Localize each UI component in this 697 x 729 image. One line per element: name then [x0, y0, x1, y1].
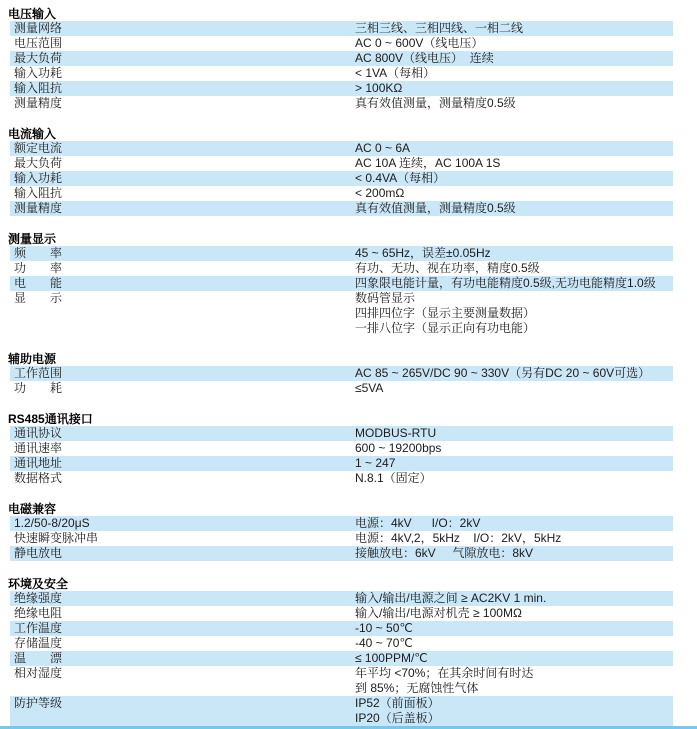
spec-value: 有功、无功、视在功率，精度0.5级 [355, 261, 673, 276]
spec-value-line: 电源：4kV I/O：2kV [355, 516, 673, 531]
section-rs485: RS485通讯接口 通讯协议 MODBUS-RTU 通讯速率 600 ~ 192… [0, 412, 697, 486]
spec-value: 输入/输出/电源对机壳 ≥ 100MΩ [355, 606, 673, 621]
spec-label: 通讯地址 [14, 456, 355, 471]
spec-label: 防护等级 [14, 696, 355, 711]
spec-value: MODBUS-RTU [355, 426, 673, 441]
spec-value-line: 到 85%；无腐蚀性气体 [355, 681, 673, 696]
spec-row: 输入阻抗 < 200mΩ [10, 186, 673, 201]
spec-label: 最大负荷 [14, 51, 355, 66]
spec-value-line: 年平均 <70%；在其余时间有时达 [355, 666, 673, 681]
spec-value-line: AC 0 ~ 600V（线电压） [355, 36, 673, 51]
spec-row: 防护等级 IP52（前面板） IP20（后盖板） [10, 696, 673, 726]
section-current-input: 电流输入 额定电流 AC 0 ~ 6A 最大负荷 AC 10A 连续，AC 10… [0, 127, 697, 216]
section-title: 环境及安全 [0, 577, 697, 591]
spec-label: 存储温度 [14, 636, 355, 651]
spec-row: 测量精度 真有效值测量，测量精度0.5级 [10, 96, 673, 111]
spec-row: 通讯地址 1 ~ 247 [10, 456, 673, 471]
section-title: 测量显示 [0, 232, 697, 246]
section-title: RS485通讯接口 [0, 412, 697, 426]
spec-label: 显 示 [14, 291, 355, 306]
spec-value: -10 ~ 50℃ [355, 621, 673, 636]
spec-value-line: 一排八位字（显示正向有功电能） [355, 321, 673, 336]
spec-row: 测量网络 三相三线、三相四线、一相二线 [10, 21, 673, 36]
spec-row: 最大负荷 AC 800V（线电压） 连续 [10, 51, 673, 66]
spec-value-line: ≤5VA [355, 381, 673, 396]
spec-row: 工作温度 -10 ~ 50℃ [10, 621, 673, 636]
section-environment-safety: 环境及安全 绝缘强度 输入/输出/电源之间 ≥ AC2KV 1 min. 绝缘电… [0, 577, 697, 726]
spec-label: 快速瞬变脉冲串 [14, 531, 355, 546]
spec-value-line: 三相三线、三相四线、一相二线 [355, 21, 673, 36]
spec-row: 工作范围 AC 85 ~ 265V/DC 90 ~ 330V（另有DC 20 ~… [10, 366, 673, 381]
spec-value-line: 四象限电能计量，有功电能精度0.5级,无功电能精度1.0级 [355, 276, 673, 291]
spec-label: 工作范围 [14, 366, 355, 381]
spec-value-line: 真有效值测量，测量精度0.5级 [355, 201, 673, 216]
spec-label: 电压范围 [14, 36, 355, 51]
spec-value-line: ≤ 100PPM/℃ [355, 651, 673, 666]
spec-row: 额定电流 AC 0 ~ 6A [10, 141, 673, 156]
spec-value: AC 0 ~ 6A [355, 141, 673, 156]
spec-value-line: 有功、无功、视在功率，精度0.5级 [355, 261, 673, 276]
spec-value-line: IP20（后盖板） [355, 711, 673, 726]
spec-row: 显 示 数码管显示 四排四位字（显示主要测量数据） 一排八位字（显示正向有功电能… [10, 291, 673, 336]
spec-value: < 1VA（每相） [355, 66, 673, 81]
spec-label: 绝缘强度 [14, 591, 355, 606]
section-emc: 电磁兼容 1.2/50-8/20μS 电源：4kV I/O：2kV 快速瞬变脉冲… [0, 502, 697, 561]
spec-row: 存储温度 -40 ~ 70℃ [10, 636, 673, 651]
spec-value: AC 800V（线电压） 连续 [355, 51, 673, 66]
spec-label: 输入阻抗 [14, 186, 355, 201]
spec-value: 真有效值测量，测量精度0.5级 [355, 96, 673, 111]
section-title: 电流输入 [0, 127, 697, 141]
spec-value-line: N.8.1（固定） [355, 471, 673, 486]
spec-label: 相对湿度 [14, 666, 355, 681]
spec-value-line: MODBUS-RTU [355, 426, 673, 441]
spec-row: 最大负荷 AC 10A 连续，AC 100A 1S [10, 156, 673, 171]
spec-row: 频 率 45 ~ 65Hz，误差±0.05Hz [10, 246, 673, 261]
spec-value: IP52（前面板） IP20（后盖板） [355, 696, 673, 726]
spec-value: 三相三线、三相四线、一相二线 [355, 21, 673, 36]
section-voltage-input: 电压输入 测量网络 三相三线、三相四线、一相二线 电压范围 AC 0 ~ 600… [0, 7, 697, 111]
spec-label: 通讯速率 [14, 441, 355, 456]
spec-value-line: AC 10A 连续，AC 100A 1S [355, 156, 673, 171]
spec-label: 功 耗 [14, 381, 355, 396]
spec-label: 1.2/50-8/20μS [14, 516, 355, 531]
spec-label: 通讯协议 [14, 426, 355, 441]
spec-label: 输入功耗 [14, 171, 355, 186]
spec-value: 电源：4kV I/O：2kV [355, 516, 673, 531]
spec-row: 测量精度 真有效值测量，测量精度0.5级 [10, 201, 673, 216]
spec-row: 1.2/50-8/20μS 电源：4kV I/O：2kV [10, 516, 673, 531]
spec-row: 电 能 四象限电能计量，有功电能精度0.5级,无功电能精度1.0级 [10, 276, 673, 291]
spec-value: 真有效值测量，测量精度0.5级 [355, 201, 673, 216]
spec-value: 输入/输出/电源之间 ≥ AC2KV 1 min. [355, 591, 673, 606]
spec-value: 接触放电：6kV 气隙放电：8kV [355, 546, 673, 561]
section-aux-power: 辅助电源 工作范围 AC 85 ~ 265V/DC 90 ~ 330V（另有DC… [0, 352, 697, 396]
spec-value-line: < 0.4VA（每相） [355, 171, 673, 186]
spec-row: 通讯速率 600 ~ 19200bps [10, 441, 673, 456]
spec-sheet: 电压输入 测量网络 三相三线、三相四线、一相二线 电压范围 AC 0 ~ 600… [0, 0, 697, 726]
spec-label: 静电放电 [14, 546, 355, 561]
spec-value: < 200mΩ [355, 186, 673, 201]
spec-value: 四象限电能计量，有功电能精度0.5级,无功电能精度1.0级 [355, 276, 673, 291]
spec-row: 通讯协议 MODBUS-RTU [10, 426, 673, 441]
spec-value-line: -40 ~ 70℃ [355, 636, 673, 651]
spec-value: ≤5VA [355, 381, 673, 396]
spec-value-line: < 200mΩ [355, 186, 673, 201]
section-title: 电磁兼容 [0, 502, 697, 516]
spec-value: N.8.1（固定） [355, 471, 673, 486]
spec-value: AC 85 ~ 265V/DC 90 ~ 330V（另有DC 20 ~ 60V可… [355, 366, 673, 381]
spec-value: -40 ~ 70℃ [355, 636, 673, 651]
spec-value-line: 数码管显示 [355, 291, 673, 306]
spec-label: 温 漂 [14, 651, 355, 666]
spec-value: 600 ~ 19200bps [355, 441, 673, 456]
spec-row: 数据格式 N.8.1（固定） [10, 471, 673, 486]
spec-value: 1 ~ 247 [355, 456, 673, 471]
spec-value: 电源：4kV,2，5kHz I/O：2kV，5kHz [355, 531, 673, 546]
spec-value: AC 0 ~ 600V（线电压） [355, 36, 673, 51]
spec-label: 最大负荷 [14, 156, 355, 171]
spec-row: 绝缘强度 输入/输出/电源之间 ≥ AC2KV 1 min. [10, 591, 673, 606]
spec-value: ≤ 100PPM/℃ [355, 651, 673, 666]
section-title: 辅助电源 [0, 352, 697, 366]
spec-row: 电压范围 AC 0 ~ 600V（线电压） [10, 36, 673, 51]
spec-value: 数码管显示 四排四位字（显示主要测量数据） 一排八位字（显示正向有功电能） [355, 291, 673, 336]
spec-value-line: 真有效值测量，测量精度0.5级 [355, 96, 673, 111]
spec-value-line: AC 85 ~ 265V/DC 90 ~ 330V（另有DC 20 ~ 60V可… [355, 366, 673, 381]
spec-value-line: IP52（前面板） [355, 696, 673, 711]
spec-value-line: 接触放电：6kV 气隙放电：8kV [355, 546, 673, 561]
spec-value-line: 电源：4kV,2，5kHz I/O：2kV，5kHz [355, 531, 673, 546]
spec-label: 测量精度 [14, 201, 355, 216]
spec-value-line: -10 ~ 50℃ [355, 621, 673, 636]
spec-value-line: 600 ~ 19200bps [355, 441, 673, 456]
spec-row: 功 率 有功、无功、视在功率，精度0.5级 [10, 261, 673, 276]
spec-value-line: AC 0 ~ 6A [355, 141, 673, 156]
spec-row: 输入功耗 < 1VA（每相） [10, 66, 673, 81]
spec-value-line: 输入/输出/电源之间 ≥ AC2KV 1 min. [355, 591, 673, 606]
spec-row: 快速瞬变脉冲串 电源：4kV,2，5kHz I/O：2kV，5kHz [10, 531, 673, 546]
spec-label: 测量精度 [14, 96, 355, 111]
spec-label: 测量网络 [14, 21, 355, 36]
section-measurement-display: 测量显示 频 率 45 ~ 65Hz，误差±0.05Hz 功 率 有功、无功、视… [0, 232, 697, 336]
spec-row: 静电放电 接触放电：6kV 气隙放电：8kV [10, 546, 673, 561]
spec-value-line: 45 ~ 65Hz，误差±0.05Hz [355, 246, 673, 261]
spec-label: 频 率 [14, 246, 355, 261]
spec-row: 输入阻抗 > 100KΩ [10, 81, 673, 96]
spec-label: 输入阻抗 [14, 81, 355, 96]
spec-value: 45 ~ 65Hz，误差±0.05Hz [355, 246, 673, 261]
spec-label: 功 率 [14, 261, 355, 276]
spec-label: 输入功耗 [14, 66, 355, 81]
spec-row: 绝缘电阻 输入/输出/电源对机壳 ≥ 100MΩ [10, 606, 673, 621]
spec-value-line: 输入/输出/电源对机壳 ≥ 100MΩ [355, 606, 673, 621]
spec-value: < 0.4VA（每相） [355, 171, 673, 186]
spec-value-line: AC 800V（线电压） 连续 [355, 51, 673, 66]
spec-value: AC 10A 连续，AC 100A 1S [355, 156, 673, 171]
spec-row: 功 耗 ≤5VA [10, 381, 673, 396]
spec-label: 绝缘电阻 [14, 606, 355, 621]
spec-label: 工作温度 [14, 621, 355, 636]
spec-value-line: < 1VA（每相） [355, 66, 673, 81]
spec-label: 电 能 [14, 276, 355, 291]
spec-row: 温 漂 ≤ 100PPM/℃ [10, 651, 673, 666]
spec-row: 输入功耗 < 0.4VA（每相） [10, 171, 673, 186]
spec-sheet-page: { "document": { "colors": { "stripe": "#… [0, 0, 697, 729]
spec-value-line: 1 ~ 247 [355, 456, 673, 471]
spec-value-line: > 100KΩ [355, 81, 673, 96]
spec-row: 相对湿度 年平均 <70%；在其余时间有时达 到 85%；无腐蚀性气体 [10, 666, 673, 696]
section-title: 电压输入 [0, 7, 697, 21]
spec-label: 额定电流 [14, 141, 355, 156]
spec-label: 数据格式 [14, 471, 355, 486]
spec-value: 年平均 <70%；在其余时间有时达 到 85%；无腐蚀性气体 [355, 666, 673, 696]
spec-value: > 100KΩ [355, 81, 673, 96]
spec-value-line: 四排四位字（显示主要测量数据） [355, 306, 673, 321]
